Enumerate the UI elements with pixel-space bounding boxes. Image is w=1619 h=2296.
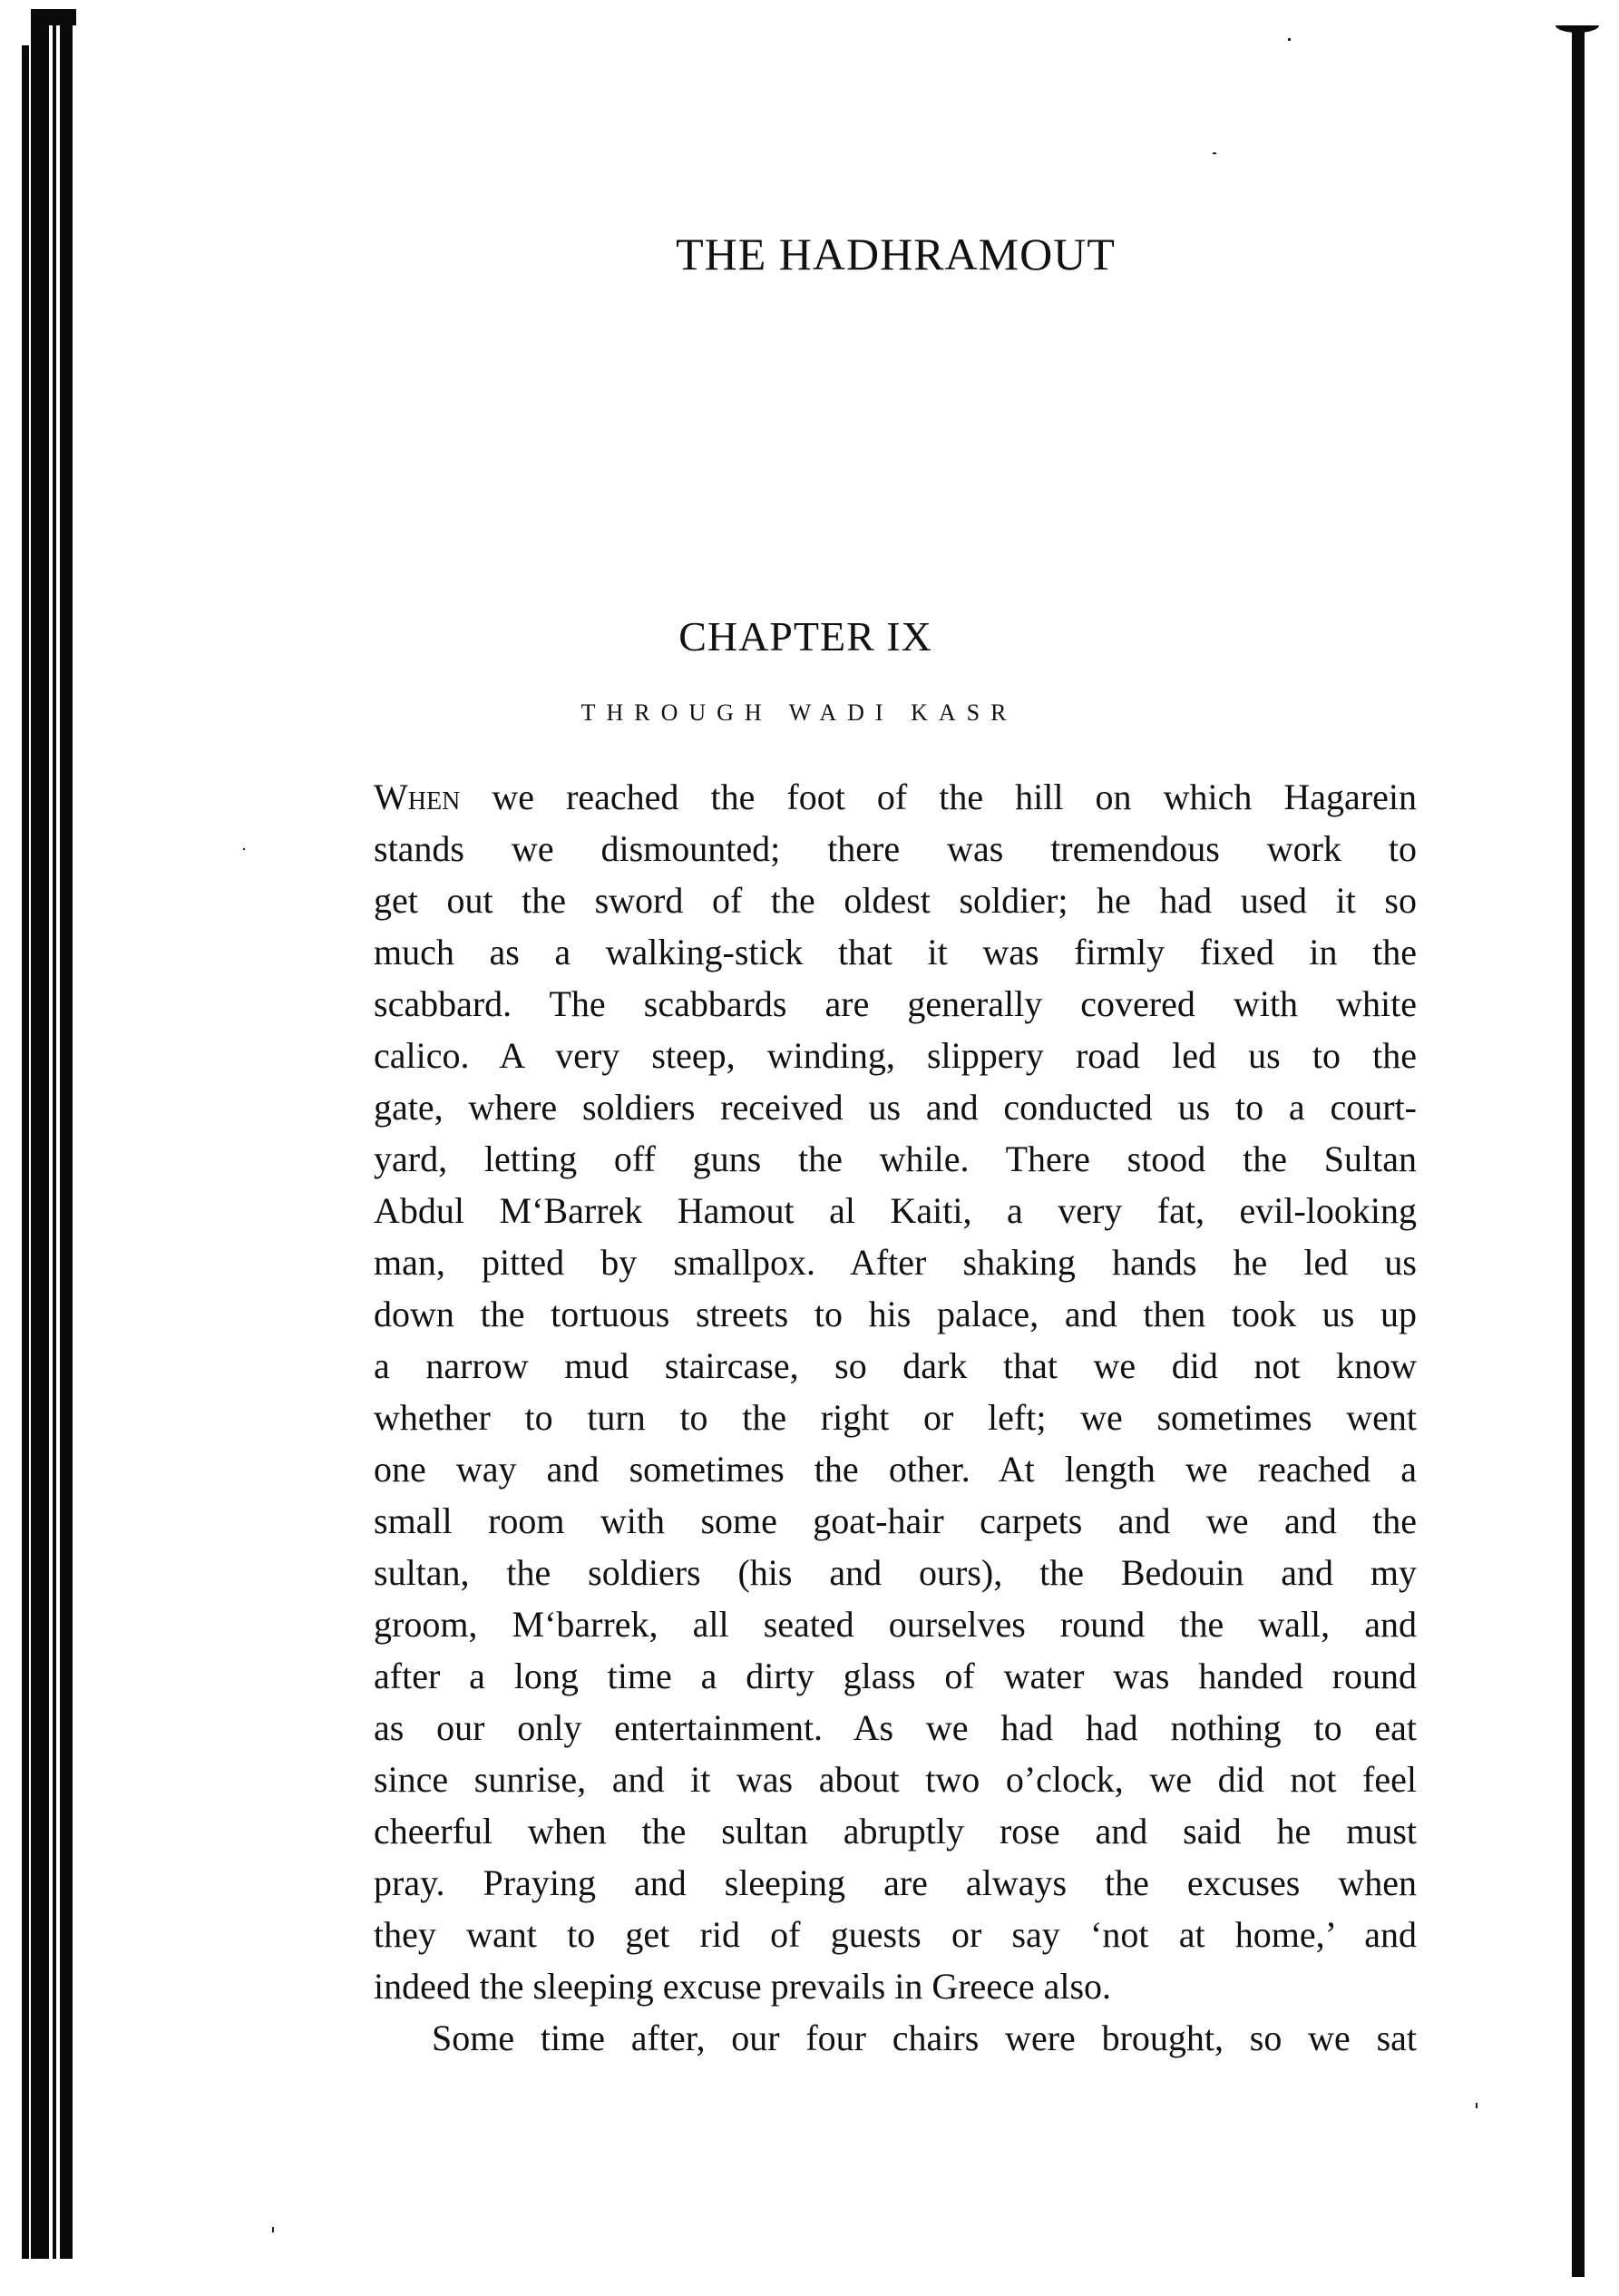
- scan-speck: [243, 848, 245, 850]
- scan-speck: [1288, 38, 1291, 41]
- text-line: small room with some goat-hair carpets a…: [374, 1495, 1417, 1547]
- text-line: yard, letting off guns the while. There …: [374, 1133, 1417, 1185]
- page-edge-bar: [1572, 31, 1585, 2277]
- text-line: stands we dismounted; there was tremendo…: [374, 823, 1417, 874]
- text-line: Abdul M‘Barrek Hamout al Kaiti, a very f…: [374, 1185, 1417, 1236]
- book-spine-left: [20, 9, 76, 2259]
- text-line: get out the sword of the oldest soldier;…: [374, 874, 1417, 926]
- scan-speck: [272, 2227, 274, 2232]
- page-edge-right: [1570, 25, 1586, 2277]
- text-line: sultan, the soldiers (his and ours), the…: [374, 1547, 1417, 1598]
- text-line: indeed the sleeping excuse prevails in G…: [374, 1960, 1417, 2012]
- text-line: they want to get rid of guests or say ‘n…: [374, 1909, 1417, 1960]
- body-text: When we reached the foot of the hill on …: [374, 771, 1417, 2064]
- text-line: much as a walking-stick that it was firm…: [374, 926, 1417, 978]
- text-line: a narrow mud staircase, so dark that we …: [374, 1340, 1417, 1392]
- text-line: after a long time a dirty glass of water…: [374, 1650, 1417, 1702]
- running-head: THE HADHRAMOUT: [0, 229, 1619, 279]
- text-line: When we reached the foot of the hill on …: [374, 771, 1417, 823]
- scan-speck: [1213, 152, 1216, 154]
- text-line: whether to turn to the right or left; we…: [374, 1392, 1417, 1443]
- text-line: pray. Praying and sleeping are always th…: [374, 1857, 1417, 1909]
- scan-speck: [1476, 2103, 1478, 2108]
- text-line: man, pitted by smallpox. After shaking h…: [374, 1236, 1417, 1288]
- text-line: gate, where soldiers received us and con…: [374, 1081, 1417, 1133]
- chapter-title: CHAPTER IX: [0, 610, 1611, 664]
- text-line: calico. A very steep, winding, slippery …: [374, 1030, 1417, 1081]
- text-line: scabbard. The scabbards are generally co…: [374, 978, 1417, 1030]
- lead-word: When: [374, 777, 460, 817]
- text-line: Some time after, our four chairs were br…: [374, 2012, 1417, 2064]
- spine-band: [31, 9, 49, 2259]
- spine-band: [60, 9, 73, 2259]
- spine-band: [22, 45, 29, 2259]
- text-line: cheerful when the sultan abruptly rose a…: [374, 1805, 1417, 1857]
- chapter-subtitle: THROUGH WADI KASR: [0, 697, 1598, 729]
- text-line: one way and sometimes the other. At leng…: [374, 1443, 1417, 1495]
- text-line: groom, M‘barrek, all seated ourselves ro…: [374, 1598, 1417, 1650]
- text-line: as our only entertainment. As we had had…: [374, 1702, 1417, 1754]
- text-line: since sunrise, and it was about two o’cl…: [374, 1754, 1417, 1805]
- spine-band: [53, 9, 56, 2259]
- text-line: down the tortuous streets to his palace,…: [374, 1288, 1417, 1340]
